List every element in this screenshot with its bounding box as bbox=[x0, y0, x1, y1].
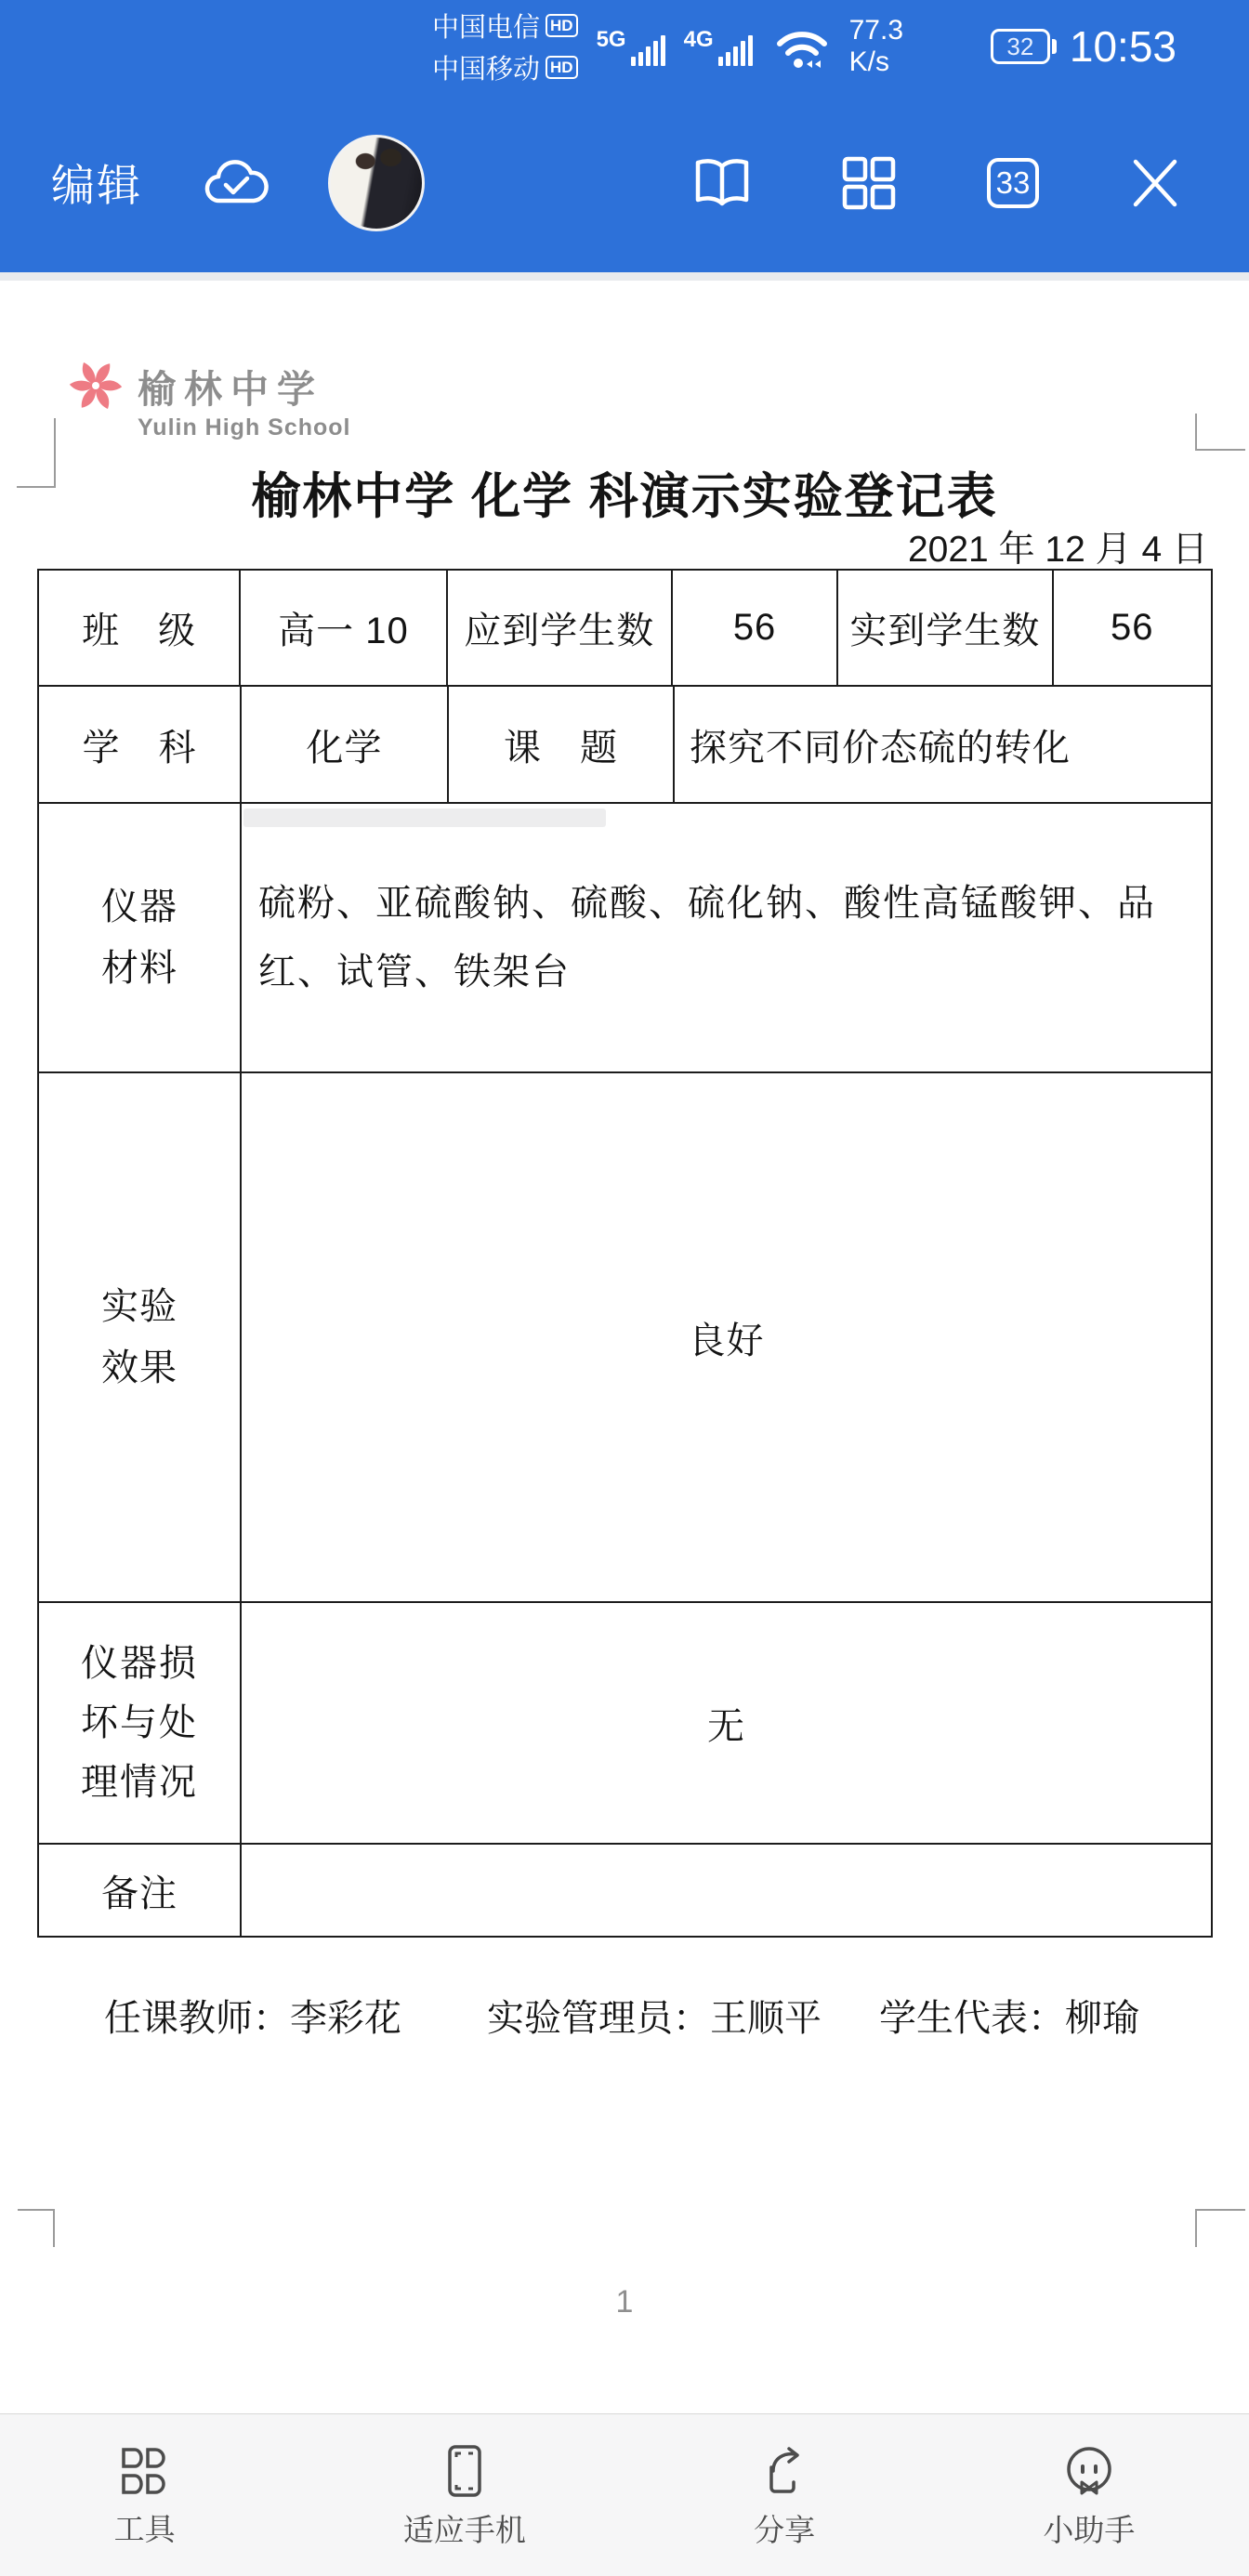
fit-phone-icon bbox=[448, 2445, 481, 2497]
value-effect: 良好 bbox=[242, 1073, 1211, 1601]
carrier-names: 中国电信 HD 中国移动 HD bbox=[432, 7, 578, 86]
share-icon bbox=[758, 2445, 810, 2497]
table-row-class: 班 级 高一 10 应到学生数 56 实到学生数 56 bbox=[39, 571, 1211, 687]
wifi-icon bbox=[775, 23, 829, 70]
label-materials: 仪器材料 bbox=[39, 804, 242, 1071]
tools-button[interactable]: 工具 bbox=[114, 2446, 176, 2549]
teacher-signature: 任课教师：李彩花 bbox=[104, 1989, 401, 2042]
carrier1-name: 中国电信 bbox=[432, 7, 540, 45]
reader-view-icon[interactable] bbox=[693, 157, 751, 209]
pinwheel-logo-icon bbox=[67, 357, 125, 414]
signal-5g: 5G bbox=[597, 27, 665, 66]
assistant-button[interactable]: 小助手 bbox=[1043, 2445, 1135, 2550]
school-name-en: Yulin High School bbox=[138, 414, 351, 441]
avatar[interactable] bbox=[328, 135, 425, 231]
cloud-sync-icon[interactable] bbox=[204, 156, 269, 210]
value-remarks bbox=[242, 1845, 1211, 1936]
label-class: 班 级 bbox=[39, 571, 241, 685]
clock: 10:53 bbox=[1070, 21, 1177, 72]
value-topic: 探究不同价态硫的转化 bbox=[675, 687, 1211, 802]
label-expected-students: 应到学生数 bbox=[448, 571, 673, 685]
signal-bars-icon bbox=[631, 34, 665, 66]
network-speed: 77.3 K/s bbox=[849, 15, 903, 79]
label-topic: 课 题 bbox=[449, 687, 675, 802]
page-number: 1 bbox=[0, 2284, 1249, 2320]
scan-smudge bbox=[243, 808, 606, 827]
fit-phone-label: 适应手机 bbox=[403, 2506, 526, 2550]
app-toolbar: 编辑 33 bbox=[0, 93, 1249, 272]
signal-4g: 4G bbox=[684, 27, 753, 66]
label-effect: 实验效果 bbox=[39, 1073, 242, 1601]
phone-screen: 中国电信 HD 中国移动 HD 5G 4G bbox=[0, 0, 1249, 2576]
page-top-divider bbox=[0, 272, 1249, 281]
page-margin-corner-top-right bbox=[1195, 414, 1245, 451]
hd-badge-icon: HD bbox=[546, 14, 578, 37]
assistant-face-icon bbox=[1063, 2445, 1115, 2497]
share-button[interactable]: 分享 bbox=[754, 2445, 815, 2550]
value-class: 高一 10 bbox=[241, 571, 447, 685]
net-5g-label: 5G bbox=[597, 27, 626, 53]
lab-manager-signature: 实验管理员：王顺平 bbox=[487, 1989, 822, 2042]
status-bar: 中国电信 HD 中国移动 HD 5G 4G bbox=[0, 0, 1249, 93]
battery-icon: 32 bbox=[991, 29, 1057, 64]
table-row-materials: 仪器材料 硫粉、亚硫酸钠、硫酸、硫化钠、酸性高锰酸钾、品红、试管、铁架台 bbox=[39, 804, 1211, 1073]
signature-line: 任课教师：李彩花 实验管理员：王顺平 学生代表：柳瑜 bbox=[104, 1989, 1139, 2042]
value-materials: 硫粉、亚硫酸钠、硫酸、硫化钠、酸性高锰酸钾、品红、试管、铁架台 bbox=[242, 804, 1211, 1071]
speed-value: 77.3 bbox=[849, 15, 903, 47]
table-row-remarks: 备注 bbox=[39, 1845, 1211, 1936]
school-name-cn: 榆林中学 bbox=[138, 359, 351, 414]
value-actual-students: 56 bbox=[1054, 571, 1211, 685]
fit-phone-button[interactable]: 适应手机 bbox=[403, 2445, 526, 2550]
tools-label: 工具 bbox=[114, 2505, 176, 2549]
speed-unit: K/s bbox=[849, 46, 903, 79]
toolbar-actions: 33 bbox=[693, 156, 1180, 210]
table-row-effect: 实验效果 良好 bbox=[39, 1073, 1211, 1603]
label-actual-students: 实到学生数 bbox=[838, 571, 1053, 685]
status-left-cluster: 中国电信 HD 中国移动 HD 5G 4G bbox=[432, 7, 903, 86]
tools-grid-icon bbox=[120, 2446, 170, 2496]
signal-bars-icon bbox=[718, 34, 753, 66]
document-title: 榆林中学 化学 科演示实验登记表 bbox=[0, 457, 1249, 528]
value-damage: 无 bbox=[242, 1603, 1211, 1843]
grid-view-icon[interactable] bbox=[842, 156, 896, 210]
value-subject: 化学 bbox=[242, 687, 449, 802]
label-subject: 学 科 bbox=[39, 687, 242, 802]
page-margin-corner-bottom-left bbox=[18, 2209, 55, 2247]
page-count-badge[interactable]: 33 bbox=[987, 158, 1039, 208]
battery-level: 32 bbox=[1006, 33, 1033, 61]
assistant-label: 小助手 bbox=[1043, 2506, 1135, 2550]
close-icon[interactable] bbox=[1130, 158, 1180, 208]
experiment-registration-table: 班 级 高一 10 应到学生数 56 实到学生数 56 学 科 化学 课 题 探… bbox=[37, 569, 1213, 1938]
status-right-cluster: 32 10:53 bbox=[991, 21, 1177, 72]
share-label: 分享 bbox=[754, 2506, 815, 2550]
table-row-subject: 学 科 化学 课 题 探究不同价态硫的转化 bbox=[39, 687, 1211, 804]
hd-badge-icon: HD bbox=[546, 56, 578, 79]
school-logo: 榆林中学 Yulin High School bbox=[67, 357, 351, 441]
label-damage: 仪器损坏与处理情况 bbox=[39, 1603, 242, 1843]
student-rep-signature: 学生代表：柳瑜 bbox=[879, 1989, 1139, 2042]
label-remarks: 备注 bbox=[39, 1845, 242, 1936]
net-4g-label: 4G bbox=[684, 27, 714, 53]
carrier2-name: 中国移动 bbox=[432, 48, 540, 86]
page-margin-corner-bottom-right bbox=[1195, 2209, 1245, 2247]
edit-button[interactable]: 编辑 bbox=[51, 151, 142, 214]
document-date: 2021 年 12 月 4 日 bbox=[908, 520, 1208, 572]
value-expected-students: 56 bbox=[673, 571, 838, 685]
table-row-damage: 仪器损坏与处理情况 无 bbox=[39, 1603, 1211, 1845]
bottom-toolbar: 工具 适应手机 分享 bbox=[0, 2413, 1249, 2576]
